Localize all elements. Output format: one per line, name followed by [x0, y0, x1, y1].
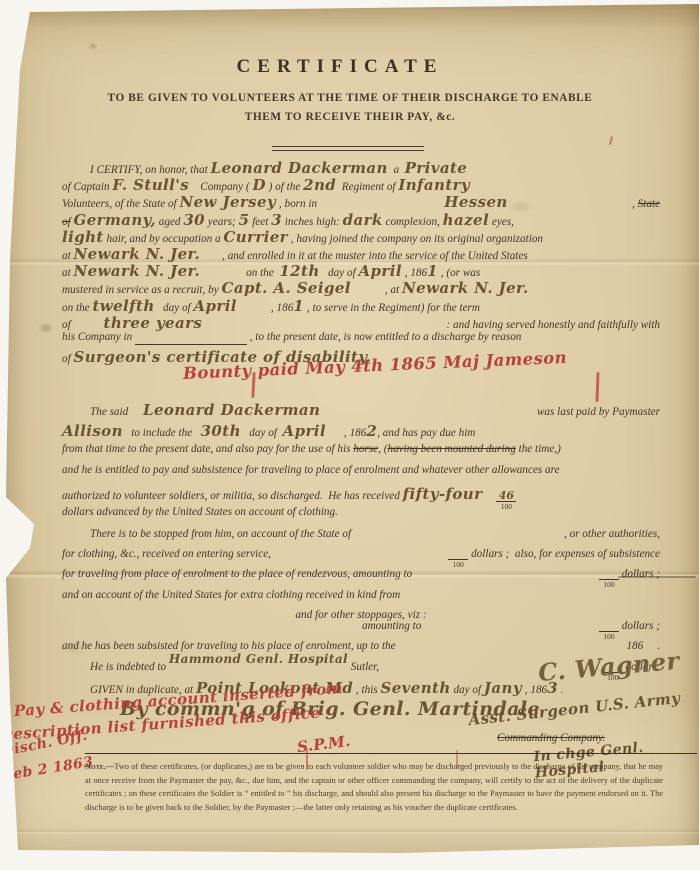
handwritten-text: Infantry	[398, 176, 470, 194]
handwritten-text: Jany	[484, 679, 522, 697]
cents-fraction: 100	[603, 663, 623, 681]
handwritten-text: April	[359, 262, 402, 280]
red-ink-smudge	[609, 136, 613, 145]
handwritten-text: Hammond Genl. Hospital	[169, 652, 348, 666]
handwritten-text: 5	[239, 211, 250, 229]
red-ink-smudge	[251, 372, 255, 398]
handwritten-text: fifty-four	[403, 485, 483, 503]
printed-text: dollars ; also, for expenses of subsiste…	[468, 548, 660, 560]
doc-line: his Company in , to the present date, is…	[62, 331, 660, 348]
fraction-denominator: 100	[599, 580, 619, 589]
printed-text: , born in	[276, 198, 320, 210]
handwritten-text: By commn'g of Brig. Genl. Martindale	[120, 698, 540, 720]
printed-text: dollars ;	[619, 568, 660, 580]
handwritten-text: Newark N. Jer.	[74, 262, 201, 280]
printed-text: : and having served honestly and faithfu…	[447, 319, 660, 331]
printed-text: , and has pay due him	[377, 427, 475, 439]
fraction-numerator	[603, 663, 623, 673]
printed-text: of	[62, 353, 74, 365]
printed-text: at	[62, 250, 74, 262]
printed-text: day of	[241, 427, 283, 439]
handwritten-text: 1	[293, 297, 304, 315]
doc-line: There is to be stopped from him, on acco…	[62, 528, 660, 548]
printed-text: , (or was	[438, 267, 480, 279]
handwritten-text: 1	[427, 262, 438, 280]
printed-text: , this	[353, 684, 380, 696]
printed-text: Company (	[189, 181, 252, 193]
doc-line: and he is entitled to pay and subsistenc…	[62, 464, 660, 485]
printed-text: , (	[378, 443, 387, 455]
handwritten-text: 3	[547, 679, 558, 697]
printed-text: , 186	[522, 684, 547, 696]
stoppages-paragraph: There is to be stopped from him, on acco…	[62, 528, 660, 629]
printed-text: a	[388, 164, 405, 176]
doc-line: at Newark N. Jer., and enrolled in it at…	[62, 245, 660, 262]
discharge-office-stamp-line1: Disch. Off.	[0, 728, 88, 760]
printed-text: day of	[320, 267, 359, 279]
printed-text: on the	[246, 267, 279, 279]
fraction-denominator: 100	[448, 560, 468, 569]
doc-line: for clothing, &c., received on entering …	[62, 548, 660, 568]
footer-note: Note.—Two of these certificates, (or dup…	[85, 760, 663, 814]
printed-text: from that time to the present date, and …	[62, 443, 353, 455]
printed-text: , having joined the company on its origi…	[288, 233, 543, 245]
decorative-double-rule	[272, 146, 424, 151]
handwritten-text: 12th	[279, 262, 319, 280]
printed-text: and he is entitled to pay and subsistenc…	[62, 464, 560, 476]
printed-text: authorized to volunteer soldiers, or mil…	[62, 490, 403, 502]
handwritten-text: April	[193, 297, 236, 315]
doc-line: from that time to the present date, and …	[62, 443, 660, 464]
printed-text: of	[62, 319, 74, 331]
printed-text: day of	[155, 302, 194, 314]
printed-text: for traveling from place of enrolment to…	[62, 568, 412, 580]
handwritten-text: 30	[183, 211, 205, 229]
doc-line: on the twelfth day of April, 1861 , to s…	[62, 297, 660, 314]
handwritten-text: Point Lookout Md	[196, 679, 353, 697]
red-ink-smudge	[595, 372, 599, 402]
doc-line: The said Leonard Dackermanwas last paid …	[62, 401, 660, 422]
fraction-numerator: 46	[496, 490, 516, 502]
handwritten-text: Leonard Dackerman	[143, 401, 320, 419]
fraction-numerator	[599, 622, 619, 632]
handwritten-text: 2	[366, 422, 377, 440]
printed-text: and he has been subsisted for traveling …	[62, 640, 396, 652]
footer-rule	[85, 753, 697, 754]
doc-line: for traveling from place of enrolment to…	[62, 568, 660, 588]
cents-fraction: 46100	[496, 490, 516, 511]
paper-sheet: CERTIFICATE TO BE GIVEN TO VOLUNTEERS AT…	[0, 0, 700, 870]
doc-line: I CERTIFY, on honor, that Leonard Dacker…	[62, 159, 660, 176]
printed-text: aged	[156, 216, 183, 228]
printed-text: was last paid by Paymaster	[537, 406, 660, 418]
handwritten-text: Newark N. Jer.	[402, 279, 529, 297]
printed-text: 186 .	[626, 640, 660, 652]
cents-fraction: 100	[599, 570, 619, 588]
fraction-denominator: 100	[496, 502, 516, 511]
certificate-subtitle-line2: THEM TO RECEIVE THEIR PAY, &c.	[20, 111, 680, 123]
cents-fraction: 100	[599, 622, 619, 640]
paper-stain	[88, 42, 98, 50]
handwritten-text: Surgeon's certificate of disability.	[74, 348, 372, 366]
discharge-office-stamp-line2: Feb 2 1863	[3, 754, 95, 784]
printed-text: for clothing, &c., received on entering …	[62, 548, 271, 560]
handwritten-text: 3	[271, 211, 282, 229]
doc-line: Volunteers, of the State of New Jersey ,…	[62, 193, 660, 210]
doc-line: By commn'g of Brig. Genl. Martindale	[62, 698, 660, 718]
printed-text: The said	[90, 406, 131, 418]
printed-text: Volunteers, of the State of	[62, 198, 179, 210]
footer-note-text: Two of these certificates, (or duplicate…	[85, 762, 663, 812]
printed-text: at	[62, 267, 74, 279]
printed-text: inches high:	[282, 216, 343, 228]
doc-line: dollars advanced by the United States on…	[62, 506, 660, 527]
printed-text: years;	[205, 216, 239, 228]
printed-text: He is indebted to	[90, 661, 169, 673]
handwritten-text: F. Stull's	[112, 176, 189, 194]
printed-text: , or other authorities,	[564, 528, 660, 540]
doc-line: light hair, and by occupation a Currier …	[62, 228, 660, 245]
printed-text-struck: State	[638, 198, 660, 210]
printed-text: complexion,	[383, 216, 443, 228]
fold-crease-bottom	[0, 828, 700, 835]
handwritten-text: hazel	[443, 211, 489, 229]
cents-fraction: 100	[448, 550, 468, 568]
handwritten-text: Private	[405, 159, 468, 177]
printed-text: dollars advanced by the United States on…	[62, 506, 338, 518]
doc-line: of Surgeon's certificate of disability.	[62, 348, 660, 365]
handwritten-text: twelfth	[92, 297, 154, 315]
scanned-certificate-page: { "page": { "title": "CERTIFICATE", "sub…	[0, 0, 700, 870]
printed-text: day of	[451, 684, 484, 696]
handwritten-text: New Jersey	[179, 193, 276, 211]
handwritten-text: Seventh	[380, 679, 450, 697]
printed-text: , 186	[344, 427, 366, 439]
printed-text: his Company in	[62, 331, 135, 343]
printed-text: of Captain	[62, 181, 112, 193]
handwritten-text: 2nd	[303, 176, 336, 194]
doc-line: at Newark N. Jer.on the 12th day of Apri…	[62, 262, 660, 279]
certify-paragraph: I CERTIFY, on honor, that Leonard Dacker…	[62, 159, 660, 365]
handwritten-text: 30th	[201, 422, 241, 440]
blank-line	[135, 342, 247, 345]
handwritten-text: Leonard Dackerman	[211, 159, 388, 177]
paper-stain	[38, 322, 54, 334]
doc-line: and on account of the United States for …	[62, 589, 660, 609]
handwritten-text: light	[62, 228, 104, 246]
printed-text: dollars ;	[619, 620, 660, 632]
printed-text: feet	[249, 216, 271, 228]
doc-line: and he has been subsisted for traveling …	[62, 640, 660, 660]
printed-text: , to serve in the Regiment) for the term	[304, 302, 480, 314]
printed-text: amounting to	[362, 620, 421, 632]
printed-text: and for other stoppages, viz :	[295, 609, 426, 621]
doc-line: of three years: and having served honest…	[62, 314, 660, 331]
handwritten-text: April	[283, 422, 326, 440]
handwritten-text: Currier	[223, 228, 288, 246]
printed-text: , to the present date, is now entitled t…	[247, 331, 521, 343]
printed-text: Sutler,	[348, 661, 379, 673]
fraction-denominator: 100	[599, 632, 619, 641]
printed-text: and on account of the United States for …	[62, 589, 400, 601]
handwritten-text: Germany,	[74, 211, 156, 229]
closing-paragraph: amounting to 100 dollars ;and he has bee…	[62, 620, 660, 718]
doc-line: of Captain F. Stull's Company ( D ) of t…	[62, 176, 660, 193]
printed-text: eyes,	[489, 216, 514, 228]
certificate-title: CERTIFICATE	[0, 56, 680, 78]
fraction-numerator	[599, 570, 619, 580]
handwritten-text: dark	[343, 211, 383, 229]
printed-text: Regiment of	[336, 181, 398, 193]
handwritten-text: D	[252, 176, 265, 194]
printed-text: hair, and by occupation a	[104, 233, 224, 245]
printed-text-struck: horse	[353, 443, 378, 455]
fraction-numerator	[448, 550, 468, 560]
doc-line: amounting to 100 dollars ;	[62, 620, 660, 640]
doc-line: GIVEN in duplicate, at Point Lookout Md …	[62, 679, 660, 699]
handwritten-text: Hessen	[444, 193, 507, 211]
printed-text: There is to be stopped from him, on acco…	[90, 528, 351, 540]
fraction-denominator: 100	[603, 673, 623, 682]
printed-text: mustered in service as a recruit, by	[62, 284, 222, 296]
doc-line: He is indebted to Hammond Genl. Hospital…	[62, 659, 660, 679]
doc-line: of Germany, aged 30 years; 5 feet 3 inch…	[62, 211, 660, 228]
printed-text: , 186	[271, 302, 293, 314]
pay-paragraph: The said Leonard Dackermanwas last paid …	[62, 401, 660, 527]
printed-text: GIVEN in duplicate, at	[90, 684, 196, 696]
doc-line: authorized to volunteer soldiers, or mil…	[62, 485, 660, 506]
printed-text: to include the	[123, 427, 201, 439]
handwritten-text: Newark N. Jer.	[74, 245, 201, 263]
footer-note-label: Note.—	[85, 762, 114, 771]
doc-line: Allison to include the 30th day of April…	[62, 422, 660, 443]
handwritten-text: three years	[104, 314, 203, 332]
printed-text-struck: having been mounted during	[387, 443, 515, 455]
printed-text: on the	[62, 302, 92, 314]
printed-text: , and enrolled in it at the muster into …	[222, 250, 528, 262]
printed-text-struck: of	[62, 216, 71, 228]
printed-text: ) of the	[266, 181, 303, 193]
printed-text: , at	[385, 284, 402, 296]
printed-text: dollars.	[623, 661, 660, 673]
printed-text: .	[558, 684, 564, 696]
doc-line: mustered in service as a recruit, by Cap…	[62, 279, 660, 296]
handwritten-text: Allison	[62, 422, 123, 440]
printed-text: , 186	[402, 267, 427, 279]
printed-text: I CERTIFY, on honor, that	[90, 164, 211, 176]
printed-text: the time,)	[516, 443, 561, 455]
printed-role-struck-out: Commanding Company.	[497, 732, 605, 744]
certificate-subtitle-line1: TO BE GIVEN TO VOLUNTEERS AT THE TIME OF…	[20, 92, 680, 104]
handwritten-text: Capt. A. Seigel	[222, 279, 351, 297]
